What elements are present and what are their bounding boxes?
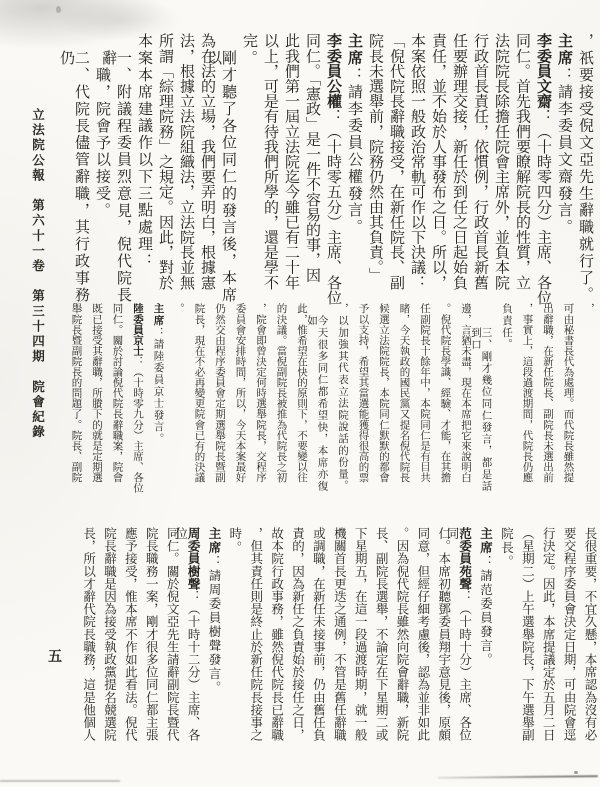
text-column: ，以加強其代表立法院說話的份量。 bbox=[327, 303, 348, 493]
text-column: 同仁。首先我們要瞭解院長的性質，立 bbox=[508, 33, 529, 305]
text-column: 或調職，在新任未接事前，仍由舊任負 bbox=[304, 527, 325, 753]
text-column: 仍然交由程序委員會定期選舉院長暨副 bbox=[204, 303, 225, 493]
text-band-top: ，祇要接受倪文亞先生辭職就行了。主席：請李委員文齋發言。李委員文齋：（十時零四分… bbox=[67, 33, 592, 305]
text-column: 任副院長十餘年中，本院同仁是有目共 bbox=[409, 303, 430, 493]
text-column: 此我們第一屆立法院迄今雖已有二十年 bbox=[277, 33, 298, 305]
text-column: 予以支持，希望其當選能獲得很高的票 bbox=[347, 303, 368, 493]
text-column: 二、代院長儘管辭職，其行政事務仍 bbox=[67, 33, 88, 305]
text-column: 「倪代院長辭職接受，在新任院長、副 bbox=[382, 33, 403, 305]
speaker-name: 李委員公權 bbox=[325, 33, 341, 109]
text-column: 完。 bbox=[235, 33, 256, 305]
text-column: ， bbox=[573, 303, 594, 493]
speaker-name: 主席 bbox=[556, 33, 572, 67]
text-column: 職，院會予以接受。 bbox=[88, 33, 109, 305]
speaker-name: 主席 bbox=[153, 303, 164, 327]
text-column: 責任，並不始於人事發布之日。所以， bbox=[424, 33, 445, 305]
text-column: 同仁。關於倪文亞先生請辭副院長暨代 bbox=[157, 527, 178, 753]
gazette-scanned-page: 立法院公報 第六十一卷 第三十四期 院會紀錄 五 ，祇要接受倪文亞先生辭職就行了… bbox=[0, 0, 600, 787]
speech-column: 李委員文齋：（十時零四分）主席、各位 bbox=[529, 33, 550, 305]
speaker-name: 李委員文齋 bbox=[535, 33, 551, 109]
journal-caption: 立法院公報 第六十一卷 第三十四期 院會紀錄 bbox=[31, 108, 44, 440]
text-column: 同意，但經仔細考慮後，認為並非如此 bbox=[408, 527, 429, 753]
text-column: 可由秘書長代為處理。而代院長雖然提 bbox=[552, 303, 573, 493]
speaker-name: 主席 bbox=[207, 527, 221, 555]
speaker-name: 陸委員京士 bbox=[132, 303, 143, 356]
speaker-name: 范委員苑聲 bbox=[458, 527, 472, 590]
text-column: ，院會即曾決定何時選舉院長，交程序 bbox=[245, 303, 266, 493]
speech-column: 主席：請周委員樹聲發言。 bbox=[199, 527, 220, 753]
text-column: 下星期五，在這一段過渡時期，就一般 bbox=[345, 527, 366, 753]
text-column: 院長未選舉前，院務仍然由其負責。」 bbox=[361, 33, 382, 305]
text-column: 以上，可是有待我們所學的，還是學不 bbox=[256, 33, 277, 305]
scan-speck bbox=[56, 6, 61, 13]
speech-column: 主席：請范委員發言。 bbox=[471, 527, 492, 753]
scan-smudge-line-left bbox=[0, 780, 120, 782]
text-column: 出辭職，在新任院長、副院長未選出前 bbox=[532, 303, 553, 493]
text-column: 所謂「綜理院務」之規定。因此，對於 bbox=[151, 33, 172, 305]
text-column: 本案依照一般政治常軌可作以下決議： bbox=[403, 33, 424, 305]
text-column: 的決議。當倪副院長被推為代院長之初 bbox=[265, 303, 286, 493]
text-column: 法院院長除擔任院會主席外，並負本院 bbox=[487, 33, 508, 305]
text-column: 長，所以才辭代院長職務，這是他個人 bbox=[74, 527, 95, 753]
text-column: 故本院行政事務，雖然倪代院長已辭職 bbox=[262, 527, 283, 753]
text-column: 行決定。因此，本席提議定於五月二日 bbox=[533, 527, 554, 753]
text-column: 睹，今天執政的國民黨又提名倪代院長 bbox=[388, 303, 409, 493]
text-column: ，祇要接受倪文亞先生辭職就行了。 bbox=[571, 33, 592, 305]
speech-column: 主席：請陸委員京士發言。 bbox=[142, 303, 163, 493]
text-column: 同仁。「憲政」是一件不容易的事，因 bbox=[298, 33, 319, 305]
text-column: 負責任。 bbox=[491, 303, 512, 493]
text-column: 應予接受，惟本席不作如此看法。倪代 bbox=[116, 527, 137, 753]
scan-smudge-line bbox=[438, 775, 598, 779]
text-column: 長、副院長選舉，不論定在下星期二或 bbox=[366, 527, 387, 753]
text-column: 任要辦理交接，新任於到任之日起始負 bbox=[445, 33, 466, 305]
text-column: 三、剛才幾位同仁發言，都是話到口 bbox=[470, 303, 491, 493]
page-number: 五 bbox=[48, 646, 62, 666]
text-column: 仁。本席初聽鄧委員翔宇意見後，原頗 bbox=[429, 527, 450, 753]
scan-speck bbox=[574, 771, 578, 774]
text-column: 委員會安排時間，所以，今天本案最好 bbox=[224, 303, 245, 493]
text-column: 院長辭職是因為接受執政黨提名競選院 bbox=[95, 527, 116, 753]
text-band-middle: ，可由秘書長代為處理。而代院長雖然提出辭職，在新任院長、副院長未選出前，事實上，… bbox=[60, 303, 593, 493]
speech-column: 周委員樹聲：（十時十二分）主席、各位 bbox=[178, 527, 199, 753]
text-column: 剛才聽了各位同仁的發言後，本席以 bbox=[214, 33, 235, 305]
text-column: ，但其責任則是終止於新任院長接事之 bbox=[241, 527, 262, 753]
text-column: 長很重要，不宜久懸，本席認為沒有必 bbox=[575, 527, 596, 753]
text-column: 時。 bbox=[220, 527, 241, 753]
text-column: 。倪代院長學識、經驗、才能，在其擔 bbox=[429, 303, 450, 493]
speaker-name: 周委員樹聲 bbox=[186, 527, 200, 590]
text-column: 行政首長責任，依慣例，行政首長新舊 bbox=[466, 33, 487, 305]
text-column: 法，根據立法院組織法，立法院長並無 bbox=[172, 33, 193, 305]
text-column: 同仁。關於討論倪代院長辭職案，院會 bbox=[101, 303, 122, 493]
text-column: 既已接受其辭職，所賸下的就是定期選 bbox=[81, 303, 102, 493]
text-column: 邊，言猶未盡，現在本席把它來說明白 bbox=[450, 303, 471, 493]
text-column: ，事實上，這段過渡期間，代院長仍應 bbox=[511, 303, 532, 493]
speech-column: 范委員苑聲：（十時十分）主席、各位同 bbox=[450, 527, 471, 753]
text-column: 院長，現在不必再變更院會已有的決議 bbox=[183, 303, 204, 493]
text-column: 。因為倪代院長雖然向院會辭職，新院 bbox=[387, 527, 408, 753]
text-column: 院長。 bbox=[492, 527, 513, 753]
text-column: 。 bbox=[163, 303, 184, 493]
text-column: 機關首長更迭之通例，不管是舊任辭職 bbox=[324, 527, 345, 753]
text-column: 本案本席建議作以下三點處理： bbox=[130, 33, 151, 305]
speaker-name: 主席 bbox=[479, 527, 493, 555]
text-column: 此，惟希望在快的原則下，不要變以往 bbox=[286, 303, 307, 493]
speech-column: 主席：請李委員文齋發言。 bbox=[550, 33, 571, 305]
text-band-bottom: 長很重要，不宜久懸，本席認為沒有必要交程序委員會決定日期，可由院會逕行決定。因此… bbox=[74, 527, 596, 753]
text-column: 舉院長暨副院長的問題了。院長、副院 bbox=[60, 303, 81, 493]
speaker-name: 主席 bbox=[346, 33, 362, 67]
text-column: 今天很多同仁都希望快，本席亦復如 bbox=[306, 303, 327, 493]
text-column: 一、附議程委員烈意見，倪代院長辭 bbox=[109, 33, 130, 305]
text-column: 候選立法院院長，本院同仁默默的都會 bbox=[368, 303, 389, 493]
speech-column: 主席：請李委員公權發言。 bbox=[340, 33, 361, 305]
text-column: （星期二）上午選舉院長，下午選舉副 bbox=[512, 527, 533, 753]
text-column: 院長職務一案，剛才很多位同仁都主張 bbox=[136, 527, 157, 753]
text-column: 為在法的立場，我們要弄明白，根據憲 bbox=[193, 33, 214, 305]
speech-column: 李委員公權：（十時零五分）主席、各位 bbox=[319, 33, 340, 305]
text-column: 要交程序委員會決定日期，可由院會逕 bbox=[554, 527, 575, 753]
speech-column: 陸委員京士：（十時零九分）主席、各位 bbox=[122, 303, 143, 493]
text-column: 責的，因為新任之負責始於接任之日， bbox=[283, 527, 304, 753]
